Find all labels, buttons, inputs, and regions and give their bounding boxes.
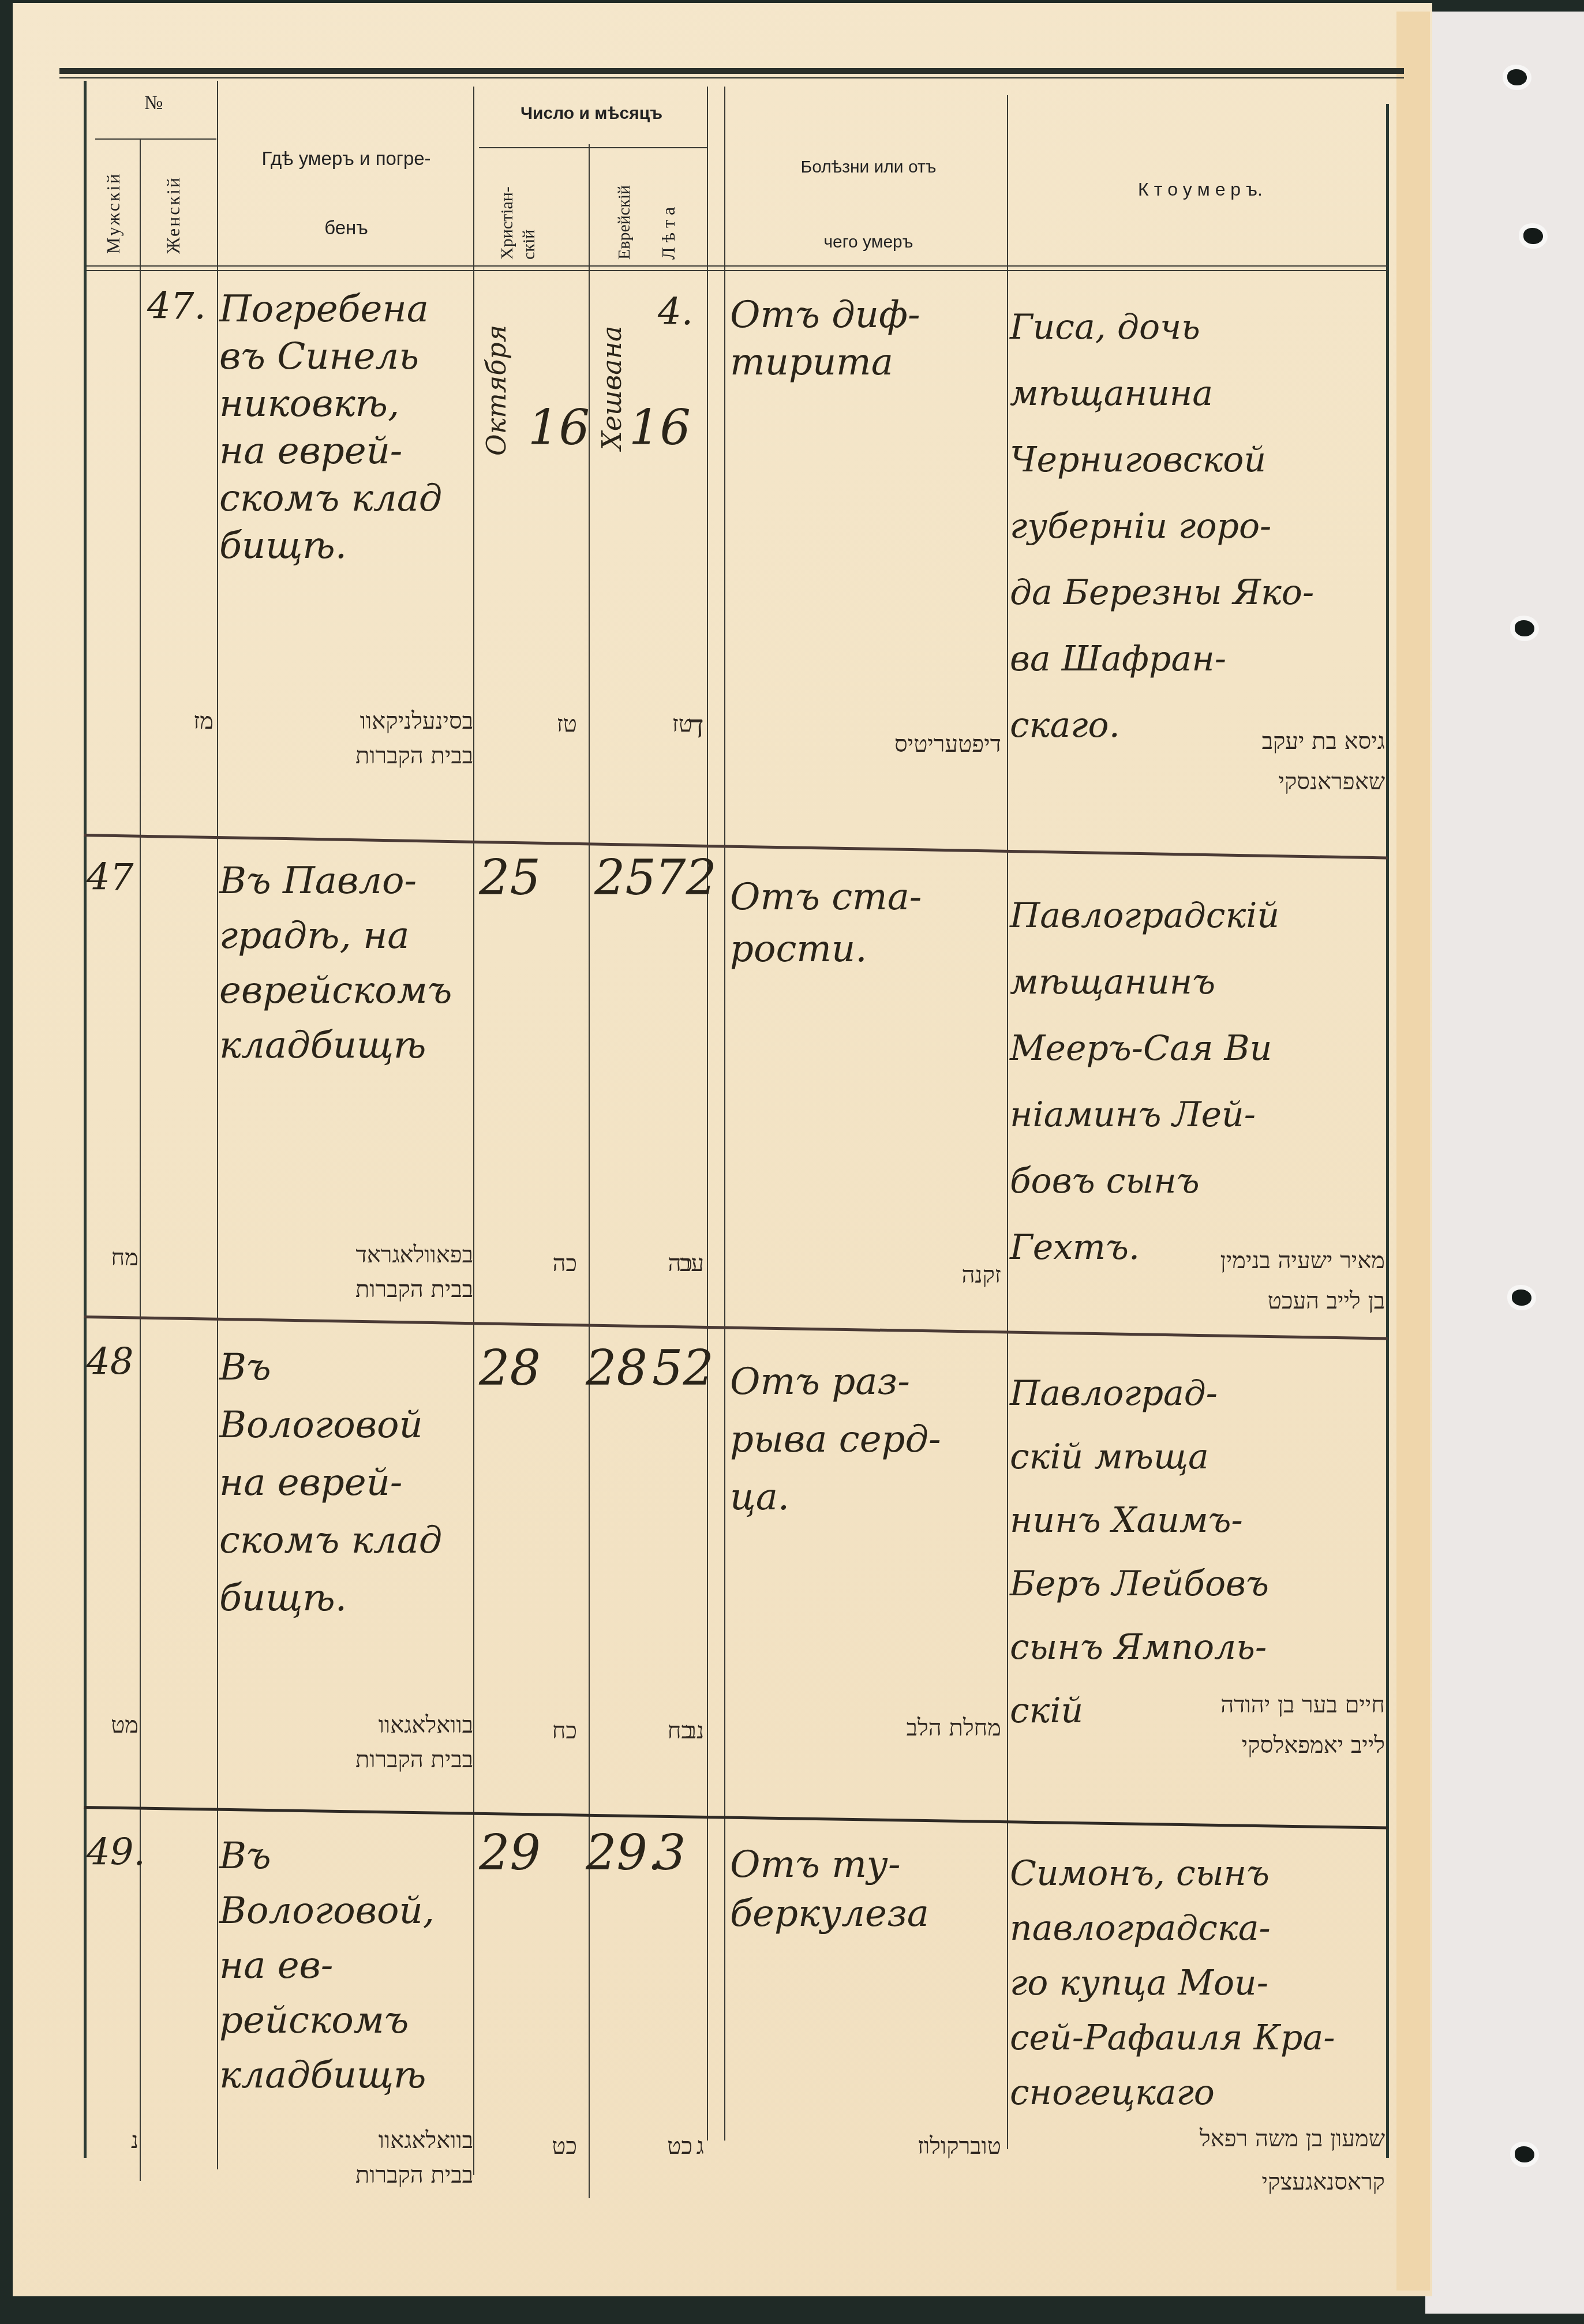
header-christian: Христіан- скій [496,156,540,260]
entry-hebrew-place: בוואלאגאוו בבית הקברות [219,1708,473,1777]
entry-number: 49. [87,1829,145,1876]
top-rule-thick [59,68,1404,74]
entry-hebrew-who: חיים בער בן יהודה לייב יאמפאלסקי [1010,1685,1385,1766]
entry-hebrew-number: מט [87,1708,138,1742]
header-who-died: К т о у м е р ъ. [1016,179,1385,200]
entry-month-christian: Октября [479,283,514,456]
entry-cause: Отъ ста- рости. [730,871,1007,975]
header-rule-number [95,138,216,140]
header-male: Мужскій [103,156,124,254]
entry-day-jewish: 16 [629,404,691,451]
entry-cause: Отъ диф- тирита [730,291,1007,386]
entry-who: Гиса, дочь мѣщанина Черниговской губерні… [1010,294,1402,759]
entry-day-jewish: 29. [586,1829,663,1876]
entry-place: Въ Павло- градѣ, на еврейскомъ кладбищѣ [219,854,473,1073]
entry-hebrew-number: נ [87,2123,138,2158]
col-line-who [1007,95,1008,2149]
binder-hole-icon [1515,2146,1534,2162]
entry-hebrew-cause: טוברקולוז [730,2129,1001,2164]
entry-day-christian: 29 [479,1829,541,1876]
entry-hebrew-who: גיסא בת יעקב שאפראנסקי [1010,721,1385,802]
header-number: № [144,92,163,114]
entry-cause: Отъ раз- рыва серд- ца. [730,1353,1007,1526]
entry-hebrew-who: מאיר ישעיה בנימין בן לייב העכט [1010,1240,1385,1321]
entry-day-christian: 28 [479,1344,541,1392]
col-line-age [707,87,708,2141]
entry-hebrew-age: ד [652,710,704,744]
entry-month-jewish: Хешвана [594,283,629,450]
entry-hebrew-place: בוואלאגאוו בבית הקברות [219,2123,473,2192]
col-line-date [473,87,474,2175]
header-date-group: Число и мѣсяцъ [482,104,701,123]
entry-hebrew-who: שמעון בן משה רפאל קראסנאגעצקי [1010,2117,1385,2204]
header-cause: Болѣзни или отъ чего умеръ [733,130,1004,280]
entry-place: Въ Вологовой на еврей- скомъ клад бищѣ. [219,1339,473,1627]
entry-hebrew-number: מז [133,704,214,739]
entry-hebrew-cause: מחלת הלב [730,1711,1001,1745]
header-where-died: Гдѣ умеръ и погре- бенъ [228,124,465,239]
col-line-place [217,81,218,2169]
backing-sheet [1425,12,1584,2314]
entry-hebrew-cause: זקנה [730,1258,1001,1292]
entry-number: 47 [87,854,133,901]
entry-place: Погребена въ Синель никовкѣ, на еврей- с… [219,286,473,569]
header-jewish: Еврейскій [615,156,634,260]
binder-hole-icon [1515,620,1534,636]
entry-who: Павлоградскій мѣщанинъ Мееръ-Сая Ви ніам… [1010,883,1402,1281]
entry-place: Въ Вологовой, на ев- рейскомъ кладбищѣ [219,1829,473,2103]
entry-hebrew-day-christian: טז [485,707,577,741]
entry-cause: Отъ ту- беркулеза [730,1841,1007,1939]
entry-age: 3 [655,1829,686,1876]
entry-hebrew-day-christian: כה [485,1246,577,1281]
entry-hebrew-number: מח [87,1240,138,1275]
col-line-cause [724,87,725,2141]
entry-day-christian: 25 [479,854,541,901]
header-age: Л ѣ т а [658,156,679,260]
entry-hebrew-age: נב [652,1714,704,1748]
entry-number: 47. [147,283,206,330]
entry-day-jewish: 25 [594,854,656,901]
entry-age: 52 [652,1344,714,1392]
top-rule-thin [59,77,1404,78]
binder-hole-icon [1523,228,1543,244]
entry-hebrew-place: בסינעלניקאוו בבית הקברות [219,704,473,773]
entry-hebrew-age: עב [652,1246,704,1281]
header-female: Женскій [163,156,184,254]
entry-number: 48 [87,1339,133,1386]
entry-who: Симонъ, сынъ павлоградска- го купца Мои-… [1010,1846,1402,2120]
binder-hole-icon [1512,1290,1531,1306]
entry-hebrew-day-christian: כח [485,1714,577,1748]
entry-hebrew-day-christian: כט [485,2129,577,2164]
header-rule-date [479,147,707,148]
entry-age: 4. [658,288,693,336]
entry-day-jewish: 28 [586,1344,647,1392]
entry-age: 72 [655,854,717,901]
entry-hebrew-cause: דיפטעריטיס [730,727,1001,762]
entry-day-christian: 16 [528,404,590,451]
entry-hebrew-age: ג [652,2129,704,2164]
entry-hebrew-place: בפאוולאגראד בבית הקברות [219,1238,473,1307]
binder-hole-icon [1507,69,1527,85]
